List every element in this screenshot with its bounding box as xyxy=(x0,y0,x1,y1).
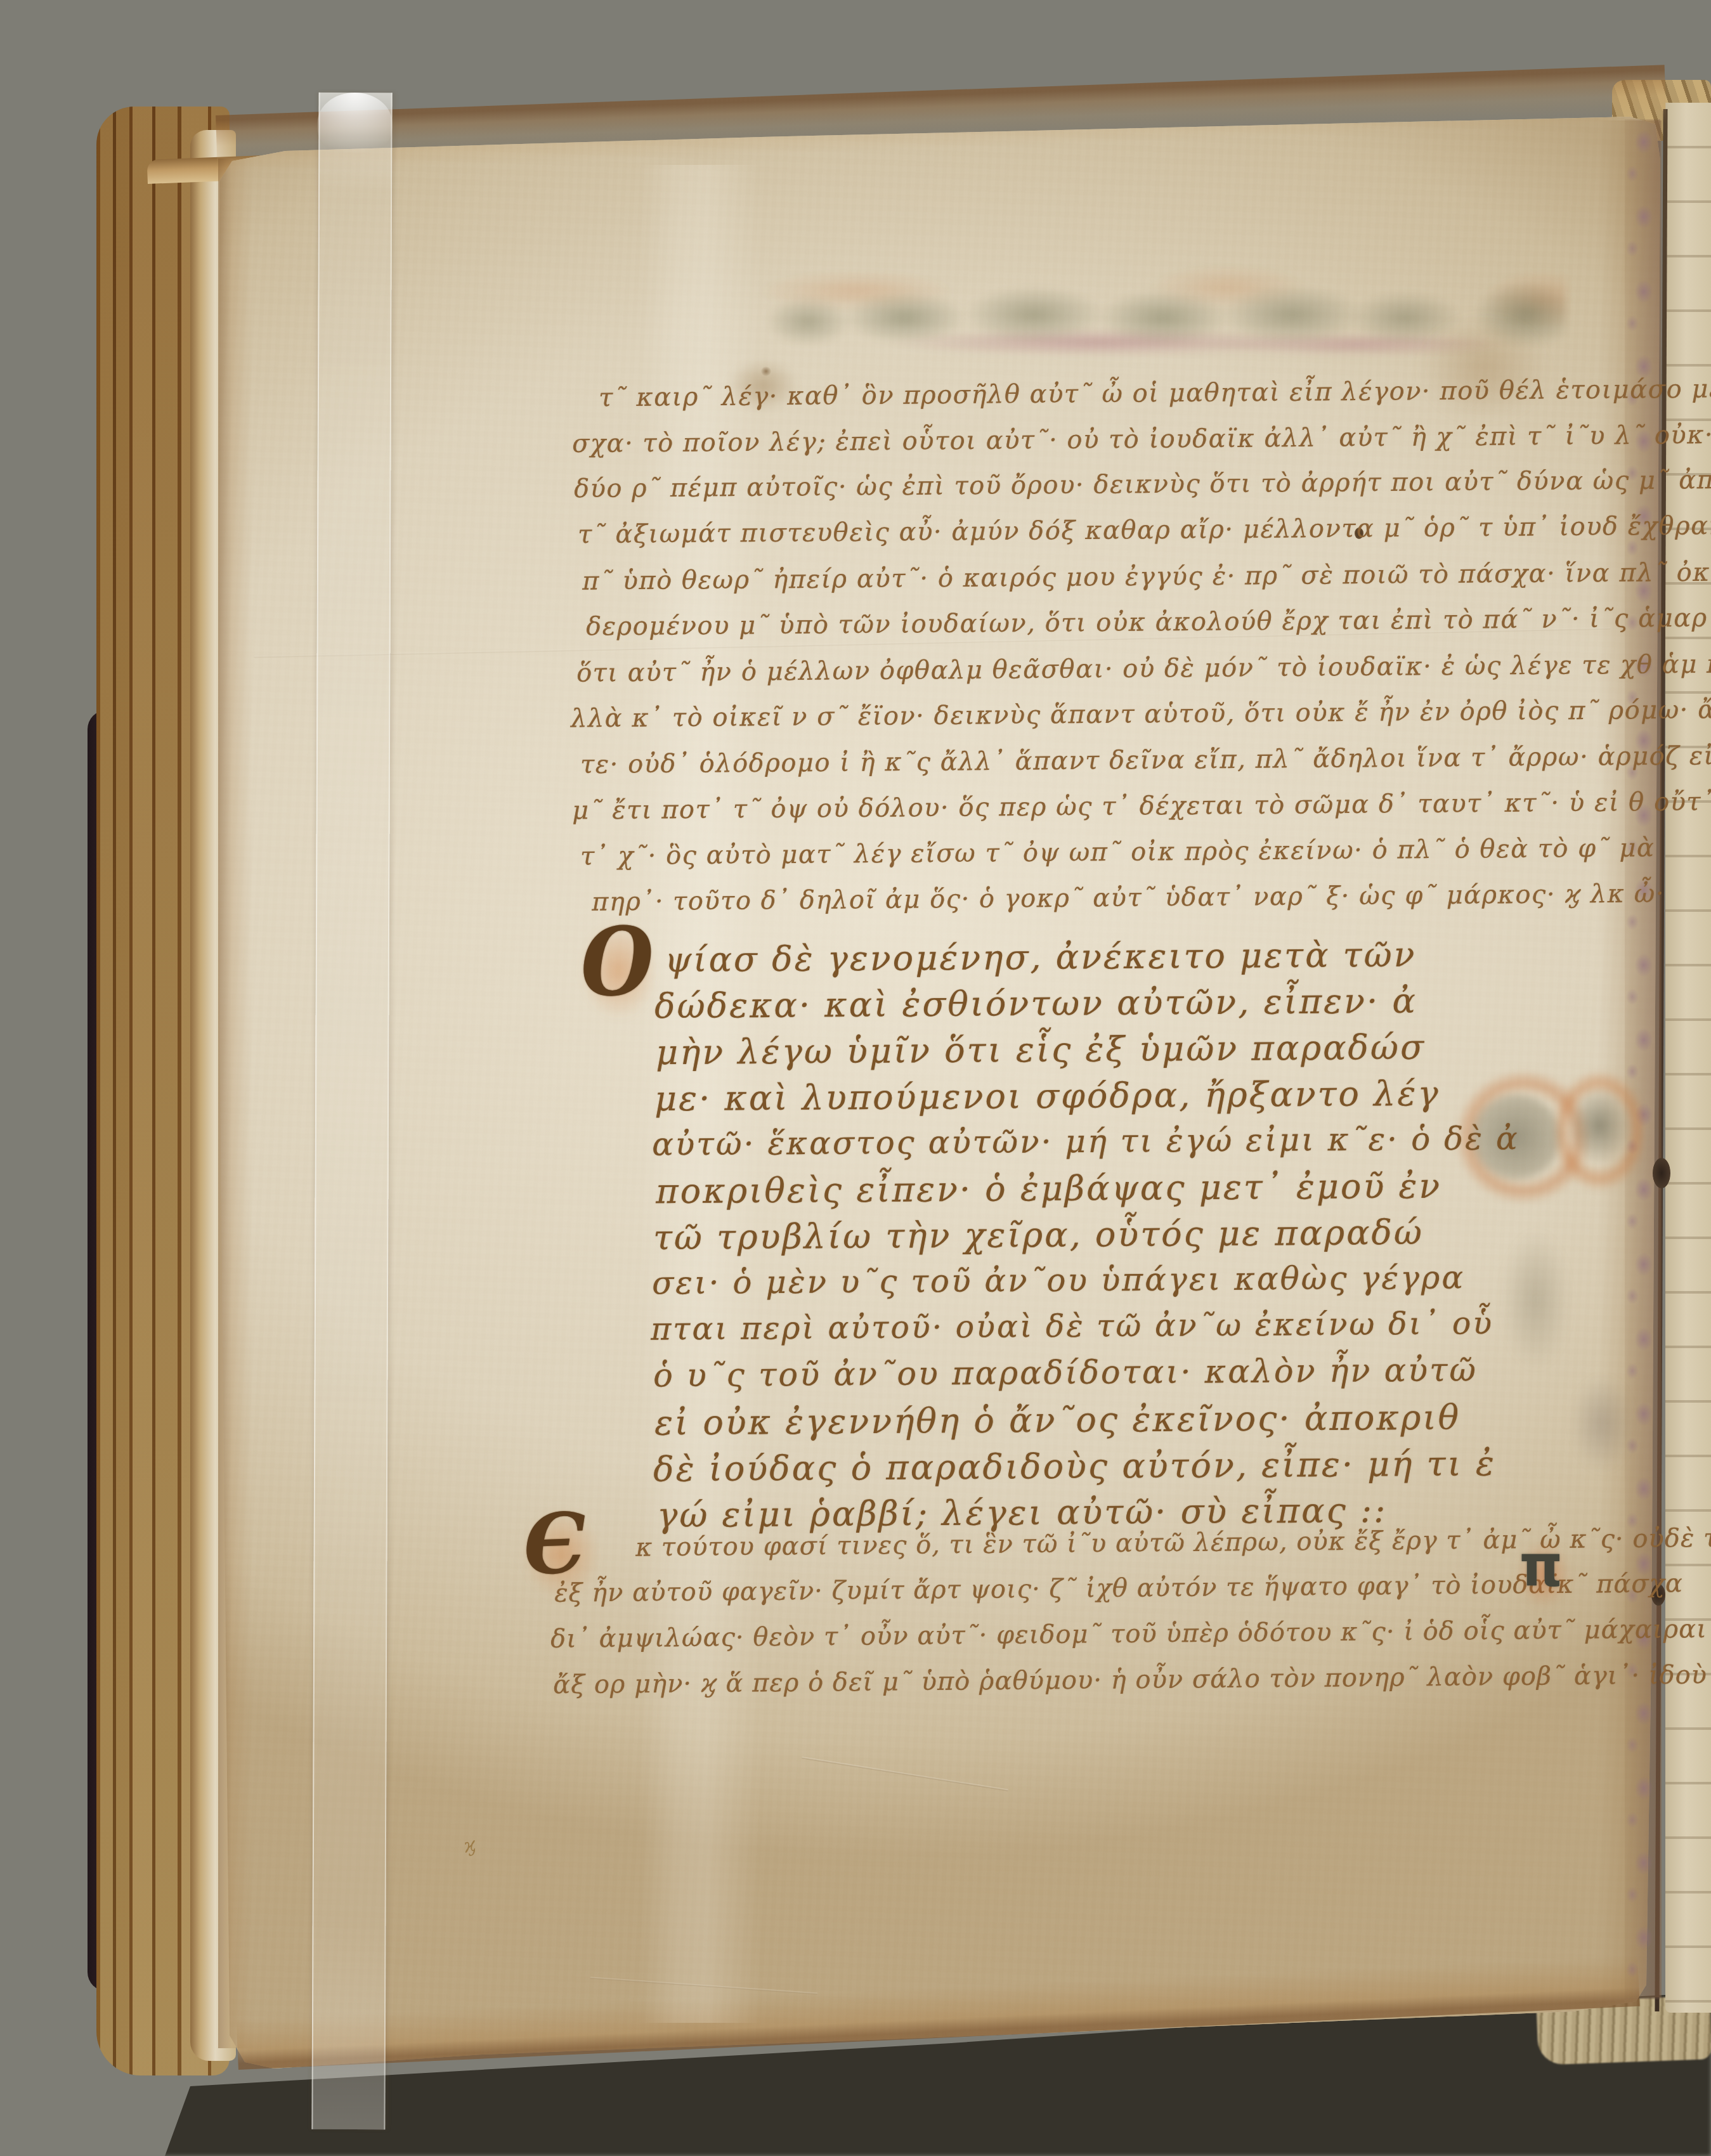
page-left-browned-edge xyxy=(218,159,252,2048)
lemma-line: μὴν λέγω ὑμῖν ὅτι εἷς ἐξ ὑμῶν παραδώσ xyxy=(656,1030,1426,1071)
sewing-notch xyxy=(1653,1158,1670,1188)
lemma-line: σει· ὁ μὲν υ῀ς τοῦ ἀν῀ου ὑπάγει καθὼς γέ… xyxy=(652,1261,1466,1300)
lemma-line: αὐτῶ· ἕκαστος αὐτῶν· μή τι ἐγώ εἰμι κ῀ε·… xyxy=(652,1122,1519,1161)
initial-epsilon: Є xyxy=(523,1502,588,1587)
initial-omicron: Ο xyxy=(580,915,654,1010)
lemma-line: ποκριθεὶς εἶπεν· ὁ ἐμβάψας μετ᾽ ἐμοῦ ἐν xyxy=(656,1169,1442,1210)
lemma-line: ὁ υ῀ς τοῦ ἀν῀ου παραδίδοται· καλὸν ἦν αὐ… xyxy=(653,1353,1478,1393)
lemma-line: με· καὶ λυπούμενοι σφόδρα, ἤρξαντο λέγ xyxy=(654,1076,1440,1117)
clear-plastic-strap xyxy=(311,93,392,2129)
manuscript-photo: τ῀ καιρ῀ λέγ· καθ᾽ ὃν προσῆλθ αὐτ῀ ὦ οἱ … xyxy=(0,0,1711,2156)
faint-smudge xyxy=(1561,1357,1644,1490)
lemma-line: δώδεκα· καὶ ἐσθιόντων αὐτῶν, εἶπεν· ἀ xyxy=(654,984,1417,1025)
lemma-line: ψίασ δὲ γενομένησ, ἀνέκειτο μετὰ τῶν xyxy=(665,937,1417,978)
lemma-line: πται περὶ αὐτοῦ· οὐαὶ δὲ τῶ ἀν῀ω ἐκείνω … xyxy=(651,1307,1493,1346)
brown-stain xyxy=(1402,298,1566,438)
lemma-line: τῶ τρυβλίω τὴν χεῖρα, οὗτός με παραδώ xyxy=(653,1215,1424,1256)
quire-mark-pi: π xyxy=(1519,1538,1563,1595)
ink-spot xyxy=(761,367,771,376)
gray-wax-stain xyxy=(1555,1070,1644,1191)
lemma-line: δὲ ἰούδας ὁ παραδιδοὺς αὐτόν, εἶπε· μή τ… xyxy=(653,1446,1496,1488)
lemma-line: εἰ οὐκ ἐγεννήθη ὁ ἄν῀ος ἐκεῖνος· ἀποκριθ xyxy=(654,1400,1461,1442)
